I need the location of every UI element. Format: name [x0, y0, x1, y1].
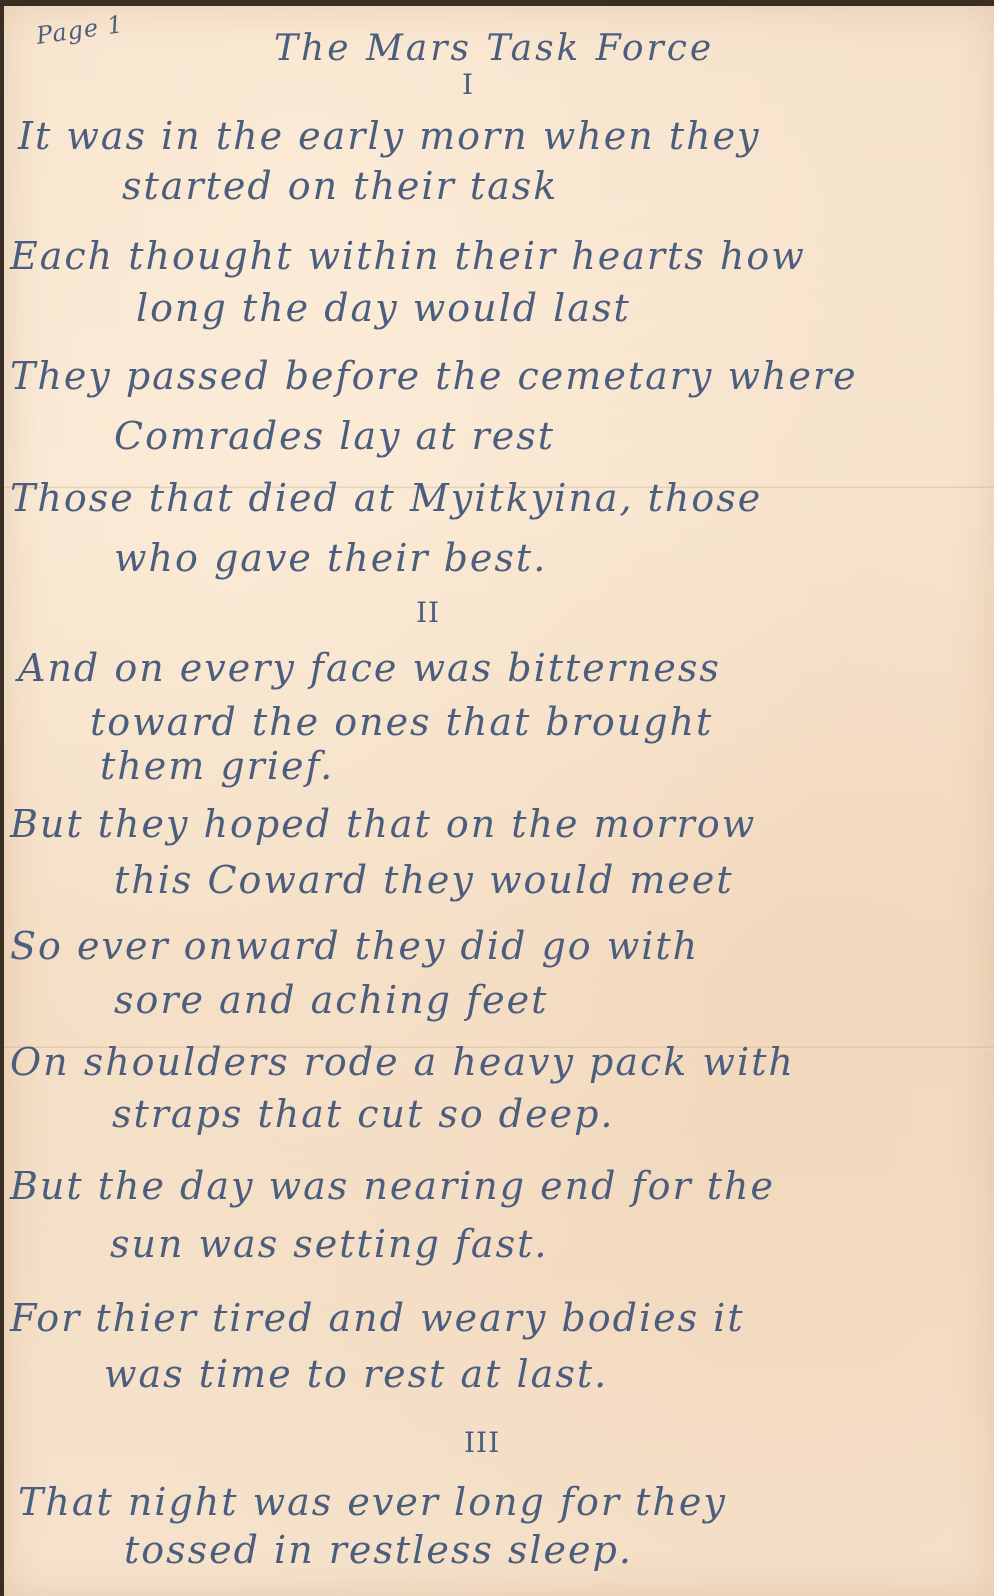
poem-title: The Mars Task Force: [274, 28, 714, 69]
poem-line-continuation: them grief.: [100, 744, 334, 788]
page-label: Page 1: [34, 10, 125, 50]
poem-line-continuation: sun was setting fast.: [110, 1222, 548, 1266]
paper-sheet: Page 1 The Mars Task Force I It was in t…: [4, 6, 994, 1596]
poem-line-continuation: started on their task: [122, 164, 558, 208]
poem-line-continuation: who gave their best.: [114, 536, 547, 580]
poem-line-continuation: long the day would last: [136, 286, 631, 330]
stanza-number: III: [464, 1426, 500, 1459]
poem-line: Those that died at Myitkyina, those: [10, 476, 762, 520]
poem-line: Each thought within their hearts how: [10, 234, 806, 278]
poem-line: It was in the early morn when they: [18, 114, 761, 158]
poem-line-continuation: was time to rest at last.: [104, 1352, 608, 1396]
poem-line-continuation: sore and aching feet: [114, 978, 548, 1022]
poem-line: For thier tired and weary bodies it: [10, 1296, 745, 1340]
poem-line-continuation: straps that cut so deep.: [112, 1092, 615, 1136]
poem-line-continuation: this Coward they would meet: [114, 858, 734, 902]
poem-line-continuation: tossed in restless sleep.: [124, 1528, 633, 1572]
poem-line: But the day was nearing end for the: [10, 1164, 775, 1208]
poem-line: They passed before the cemetary where: [10, 354, 858, 398]
poem-line-continuation: Comrades lay at rest: [114, 414, 555, 458]
poem-line: On shoulders rode a heavy pack with: [10, 1040, 795, 1084]
poem-line: But they hoped that on the morrow: [10, 802, 756, 846]
poem-line: So ever onward they did go with: [10, 924, 699, 968]
poem-line-continuation: toward the ones that brought: [90, 700, 713, 744]
stanza-number: I: [462, 68, 474, 101]
poem-line: And on every face was bitterness: [18, 646, 721, 690]
poem-line: That night was ever long for they: [18, 1480, 727, 1524]
stanza-number: II: [416, 596, 440, 629]
